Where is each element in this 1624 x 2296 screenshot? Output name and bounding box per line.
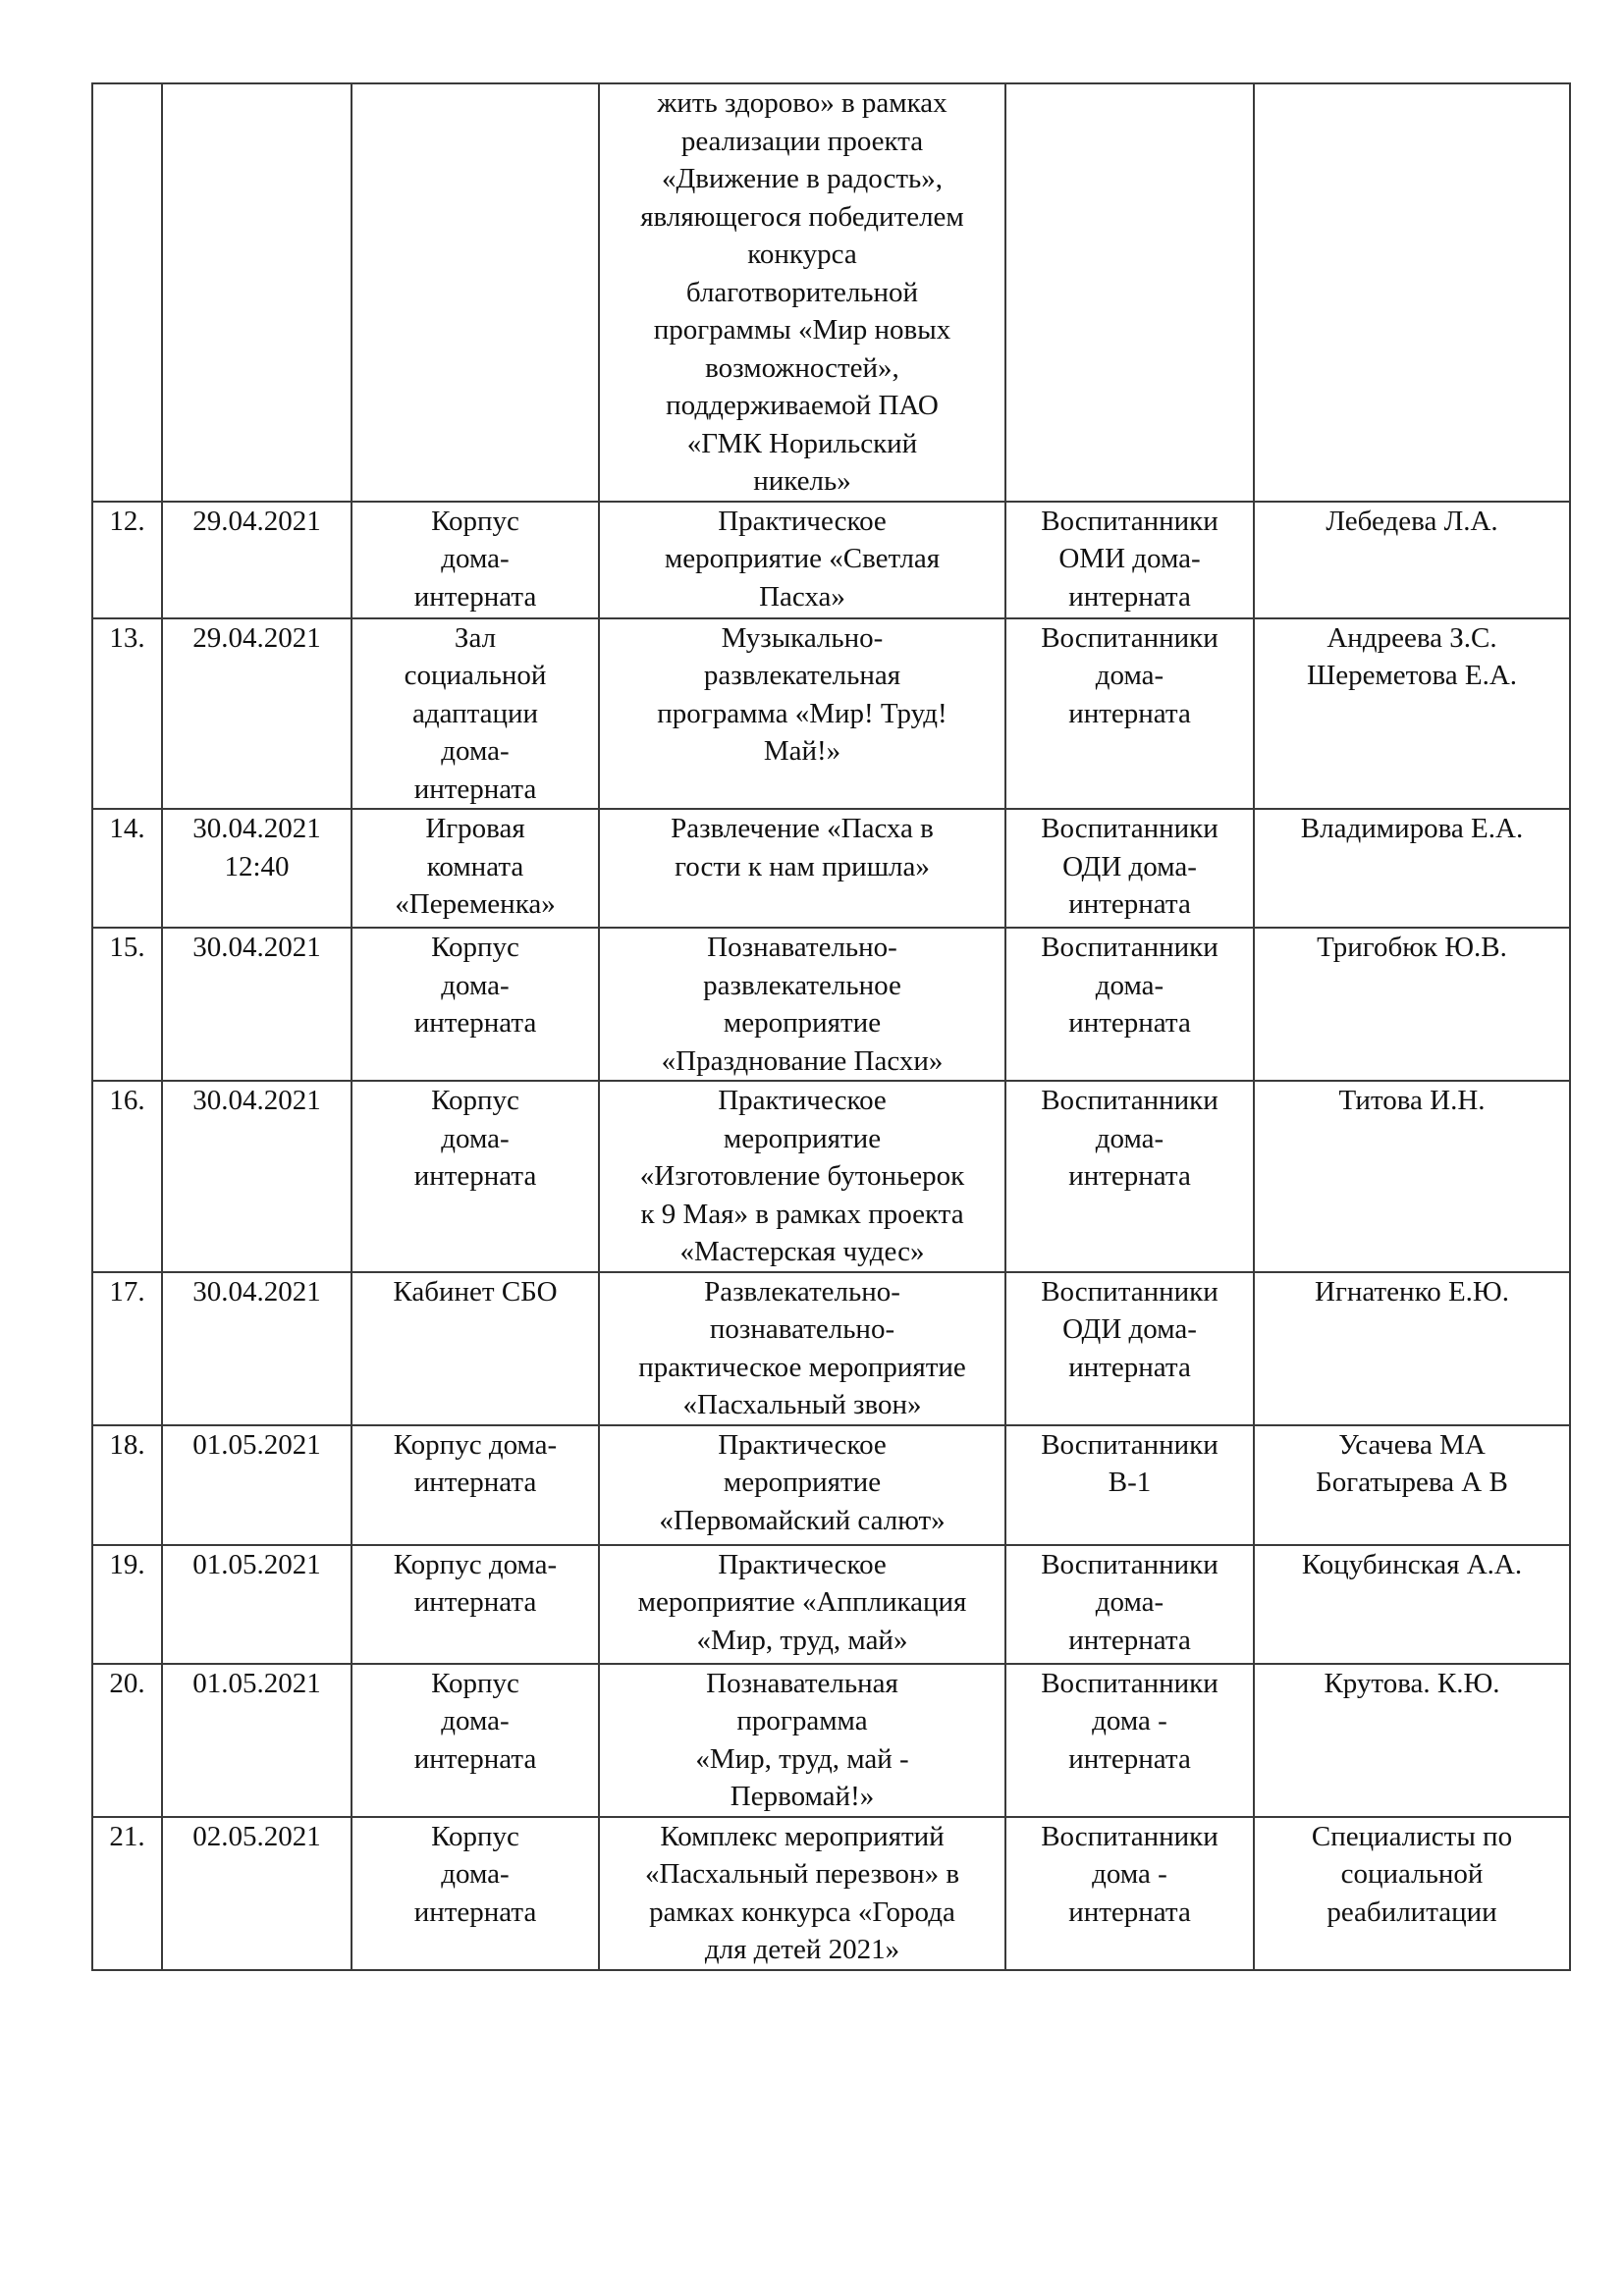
responsible-cell: Тригобюк Ю.В. (1254, 928, 1570, 1081)
participants-cell: Воспитанники ОДИ дома- интерната (1005, 809, 1254, 928)
responsible-cell: Андреева З.С. Шереметова Е.А. (1254, 618, 1570, 810)
date-cell: 01.05.2021 (162, 1425, 352, 1545)
place-cell: Корпус дома- интерната (352, 928, 599, 1081)
responsible-cell (1254, 83, 1570, 502)
date-cell: 30.04.2021 (162, 928, 352, 1081)
place-cell: Игровая комната «Переменка» (352, 809, 599, 928)
event-cell: Практическое мероприятие «Первомайский с… (599, 1425, 1005, 1545)
table-row: 12. 29.04.2021 Корпус дома- интерната Пр… (92, 502, 1570, 618)
date-cell: 30.04.2021 (162, 1272, 352, 1425)
date-cell: 01.05.2021 (162, 1664, 352, 1817)
responsible-cell: Игнатенко Е.Ю. (1254, 1272, 1570, 1425)
responsible-cell: Усачева МА Богатырева А В (1254, 1425, 1570, 1545)
participants-cell: Воспитанники ОДИ дома- интерната (1005, 1272, 1254, 1425)
row-number-cell: 12. (92, 502, 162, 618)
date-cell: 01.05.2021 (162, 1545, 352, 1664)
event-cell: Познавательно- развлекательное мероприят… (599, 928, 1005, 1081)
table-row: 18. 01.05.2021 Корпус дома- интерната Пр… (92, 1425, 1570, 1545)
table-row: 15. 30.04.2021 Корпус дома- интерната По… (92, 928, 1570, 1081)
row-number-cell: 18. (92, 1425, 162, 1545)
events-schedule-table: жить здорово» в рамках реализации проект… (91, 82, 1571, 1971)
row-number-cell: 13. (92, 618, 162, 810)
participants-cell: Воспитанники дома - интерната (1005, 1664, 1254, 1817)
responsible-cell: Лебедева Л.А. (1254, 502, 1570, 618)
place-cell: Корпус дома- интерната (352, 1081, 599, 1272)
table-row: 16. 30.04.2021 Корпус дома- интерната Пр… (92, 1081, 1570, 1272)
table-row: жить здорово» в рамках реализации проект… (92, 83, 1570, 502)
responsible-cell: Специалисты по социальной реабилитации (1254, 1817, 1570, 1970)
participants-cell: Воспитанники дома- интерната (1005, 1081, 1254, 1272)
table-row: 20. 01.05.2021 Корпус дома- интерната По… (92, 1664, 1570, 1817)
place-cell: Корпус дома- интерната (352, 502, 599, 618)
responsible-cell: Владимирова Е.А. (1254, 809, 1570, 928)
row-number-cell: 19. (92, 1545, 162, 1664)
date-cell: 30.04.2021 (162, 1081, 352, 1272)
participants-cell: Воспитанники дома- интерната (1005, 928, 1254, 1081)
event-cell: Познавательная программа «Мир, труд, май… (599, 1664, 1005, 1817)
event-cell: Развлечение «Пасха в гости к нам пришла» (599, 809, 1005, 928)
date-cell: 02.05.2021 (162, 1817, 352, 1970)
date-cell (162, 83, 352, 502)
participants-cell (1005, 83, 1254, 502)
responsible-cell: Крутова. К.Ю. (1254, 1664, 1570, 1817)
row-number-cell: 17. (92, 1272, 162, 1425)
participants-cell: Воспитанники дома- интерната (1005, 1545, 1254, 1664)
event-cell: Развлекательно- познавательно- практичес… (599, 1272, 1005, 1425)
event-cell: Практическое мероприятие «Аппликация «Ми… (599, 1545, 1005, 1664)
participants-cell: Воспитанники дома- интерната (1005, 618, 1254, 810)
place-cell: Корпус дома- интерната (352, 1425, 599, 1545)
event-cell: Комплекс мероприятий «Пасхальный перезво… (599, 1817, 1005, 1970)
table-row: 17. 30.04.2021 Кабинет СБО Развлекательн… (92, 1272, 1570, 1425)
date-cell: 29.04.2021 (162, 618, 352, 810)
table-row: 21. 02.05.2021 Корпус дома- интерната Ко… (92, 1817, 1570, 1970)
participants-cell: Воспитанники В-1 (1005, 1425, 1254, 1545)
event-cell: Практическое мероприятие «Светлая Пасха» (599, 502, 1005, 618)
responsible-cell: Коцубинская А.А. (1254, 1545, 1570, 1664)
place-cell: Зал социальной адаптации дома- интерната (352, 618, 599, 810)
place-cell: Кабинет СБО (352, 1272, 599, 1425)
table-row: 14. 30.04.2021 12:40 Игровая комната «Пе… (92, 809, 1570, 928)
event-cell: Практическое мероприятие «Изготовление б… (599, 1081, 1005, 1272)
row-number-cell: 14. (92, 809, 162, 928)
event-cell: жить здорово» в рамках реализации проект… (599, 83, 1005, 502)
document-page: жить здорово» в рамках реализации проект… (0, 0, 1624, 2296)
date-cell: 30.04.2021 12:40 (162, 809, 352, 928)
row-number-cell (92, 83, 162, 502)
place-cell: Корпус дома- интерната (352, 1817, 599, 1970)
event-cell: Музыкально- развлекательная программа «М… (599, 618, 1005, 810)
row-number-cell: 20. (92, 1664, 162, 1817)
table-row: 13. 29.04.2021 Зал социальной адаптации … (92, 618, 1570, 810)
table-row: 19. 01.05.2021 Корпус дома- интерната Пр… (92, 1545, 1570, 1664)
row-number-cell: 21. (92, 1817, 162, 1970)
place-cell: Корпус дома- интерната (352, 1545, 599, 1664)
date-cell: 29.04.2021 (162, 502, 352, 618)
row-number-cell: 16. (92, 1081, 162, 1272)
participants-cell: Воспитанники ОМИ дома- интерната (1005, 502, 1254, 618)
responsible-cell: Титова И.Н. (1254, 1081, 1570, 1272)
row-number-cell: 15. (92, 928, 162, 1081)
place-cell: Корпус дома- интерната (352, 1664, 599, 1817)
participants-cell: Воспитанники дома - интерната (1005, 1817, 1254, 1970)
place-cell (352, 83, 599, 502)
